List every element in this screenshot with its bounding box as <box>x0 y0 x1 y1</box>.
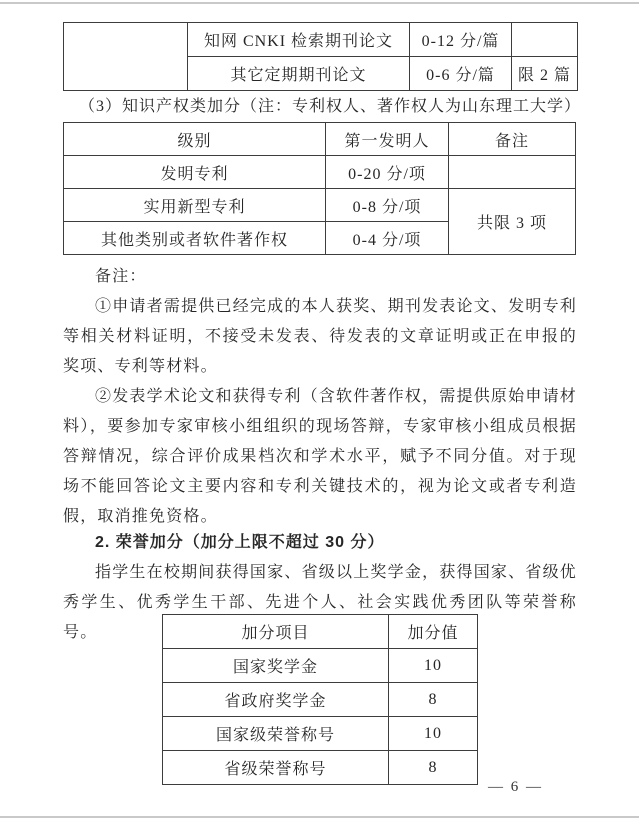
value-cell: 8 <box>389 683 478 717</box>
value-cell: 10 <box>389 649 478 683</box>
section2-heading: 2. 荣誉加分（加分上限不超过 30 分） <box>63 531 577 555</box>
paper-type-cell: 知网 CNKI 检索期刊论文 <box>188 23 410 57</box>
remark-item-2: ②发表学术论文和获得专利（含软件著作权，需提供原始申请材料），要参加专家审核小组… <box>63 382 577 532</box>
table-header-row: 加分项目 加分值 <box>163 615 478 649</box>
document-page: 知网 CNKI 检索期刊论文 0-12 分/篇 其它定期期刊论文 0-6 分/篇… <box>0 0 639 823</box>
column-header-note: 备注 <box>449 123 576 156</box>
score-cell: 0-20 分/项 <box>326 156 449 189</box>
ip-score-table: 级别 第一发明人 备注 发明专利 0-20 分/项 实用新型专利 0-8 分/项… <box>63 122 576 255</box>
paper-type-cell: 其它定期期刊论文 <box>188 57 410 91</box>
table-cell-empty-category <box>64 23 188 91</box>
score-cell: 0-6 分/篇 <box>410 57 512 91</box>
table-row: 省政府奖学金 8 <box>163 683 478 717</box>
table-header-row: 级别 第一发明人 备注 <box>64 123 576 156</box>
section3-heading: （3）知识产权类加分（注：专利权人、著作权人为山东理工大学） <box>63 96 579 118</box>
level-cell: 实用新型专利 <box>64 189 326 222</box>
column-header-level: 级别 <box>64 123 326 156</box>
item-cell: 国家奖学金 <box>163 649 389 683</box>
page-edge-bottom <box>0 816 639 818</box>
remarks-block: 备注： ①申请者需提供已经完成的本人获奖、期刊发表论文、发明专利等相关材料证明，… <box>63 262 577 532</box>
note-cell-merged: 共限 3 项 <box>449 189 576 255</box>
table-row: 实用新型专利 0-8 分/项 共限 3 项 <box>64 189 576 222</box>
table-row: 发明专利 0-20 分/项 <box>64 156 576 189</box>
item-cell: 省政府奖学金 <box>163 683 389 717</box>
level-cell: 发明专利 <box>64 156 326 189</box>
level-cell: 其他类别或者软件著作权 <box>64 222 326 255</box>
column-header-value: 加分值 <box>389 615 478 649</box>
score-cell: 0-8 分/项 <box>326 189 449 222</box>
remarks-label: 备注： <box>63 262 577 292</box>
score-cell: 0-4 分/项 <box>326 222 449 255</box>
note-cell <box>449 156 576 189</box>
remark-item-1: ①申请者需提供已经完成的本人获奖、期刊发表论文、发明专利等相关材料证明，不接受未… <box>63 292 577 382</box>
table-row: 知网 CNKI 检索期刊论文 0-12 分/篇 <box>64 23 578 57</box>
page-number: — 6 — <box>63 779 543 796</box>
score-cell: 0-12 分/篇 <box>410 23 512 57</box>
note-cell: 限 2 篇 <box>512 57 578 91</box>
column-header-item: 加分项目 <box>163 615 389 649</box>
item-cell: 国家级荣誉称号 <box>163 717 389 751</box>
table-row: 国家奖学金 10 <box>163 649 478 683</box>
value-cell: 10 <box>389 717 478 751</box>
honor-score-table: 加分项目 加分值 国家奖学金 10 省政府奖学金 8 国家级荣誉称号 10 省级… <box>162 614 478 785</box>
note-cell <box>512 23 578 57</box>
table-row: 国家级荣誉称号 10 <box>163 717 478 751</box>
journal-paper-score-table: 知网 CNKI 检索期刊论文 0-12 分/篇 其它定期期刊论文 0-6 分/篇… <box>63 22 578 91</box>
column-header-first-inventor: 第一发明人 <box>326 123 449 156</box>
page-edge-top <box>0 2 639 4</box>
